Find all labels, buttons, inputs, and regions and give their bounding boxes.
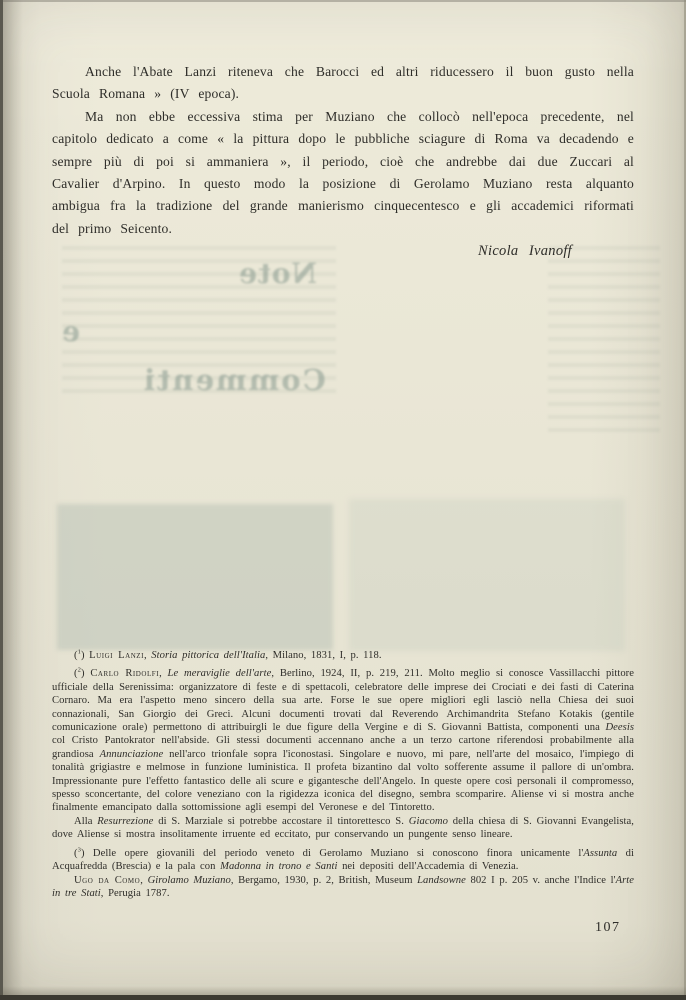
page-number: 107 [595,920,621,936]
ghost-showthrough-word: Commenti [142,363,326,397]
footnote-paragraph: Ugo da Como, Girolamo Muziano, Bergamo, … [52,874,634,901]
footnote-paragraph: (2) Carlo Ridolfi, Le meraviglie dell'ar… [52,667,634,814]
ghost-showthrough-word: e [62,315,80,348]
ghost-showthrough-word: Note [238,257,317,290]
ghost-showthrough-plate [57,504,333,650]
footnote-paragraph: (1) Luigi Lanzi, Storia pittorica dell'I… [52,649,634,662]
scanned-book-page: Note e Commenti Anche l'Abate Lanzi rite… [0,0,686,1000]
scan-gutter-shadow [3,0,23,1000]
footnote-paragraph: Alla Resurrezione di S. Marziale si potr… [52,815,634,842]
body-paragraph: Anche l'Abate Lanzi riteneva che Barocci… [52,61,634,106]
body-text: Anche l'Abate Lanzi riteneva che Barocci… [52,61,634,240]
author-signature: Nicola Ivanoff [52,243,634,260]
scan-bottom-shadow [0,986,686,995]
footnote-3: (3) Delle opere giovanili del periodo ve… [52,847,634,901]
scan-edge-bottom [0,995,686,1000]
body-paragraph: Ma non ebbe eccessiva stima per Muziano … [52,106,634,240]
footnotes-section: (1) Luigi Lanzi, Storia pittorica dell'I… [52,649,634,905]
footnote-2: (2) Carlo Ridolfi, Le meraviglie dell'ar… [52,667,634,841]
ghost-showthrough-plate [349,499,625,651]
scan-edge-top [0,0,686,2]
footnote-1: (1) Luigi Lanzi, Storia pittorica dell'I… [52,649,634,662]
ghost-showthrough-textblock [548,246,660,436]
footnote-paragraph: (3) Delle opere giovanili del periodo ve… [52,847,634,874]
